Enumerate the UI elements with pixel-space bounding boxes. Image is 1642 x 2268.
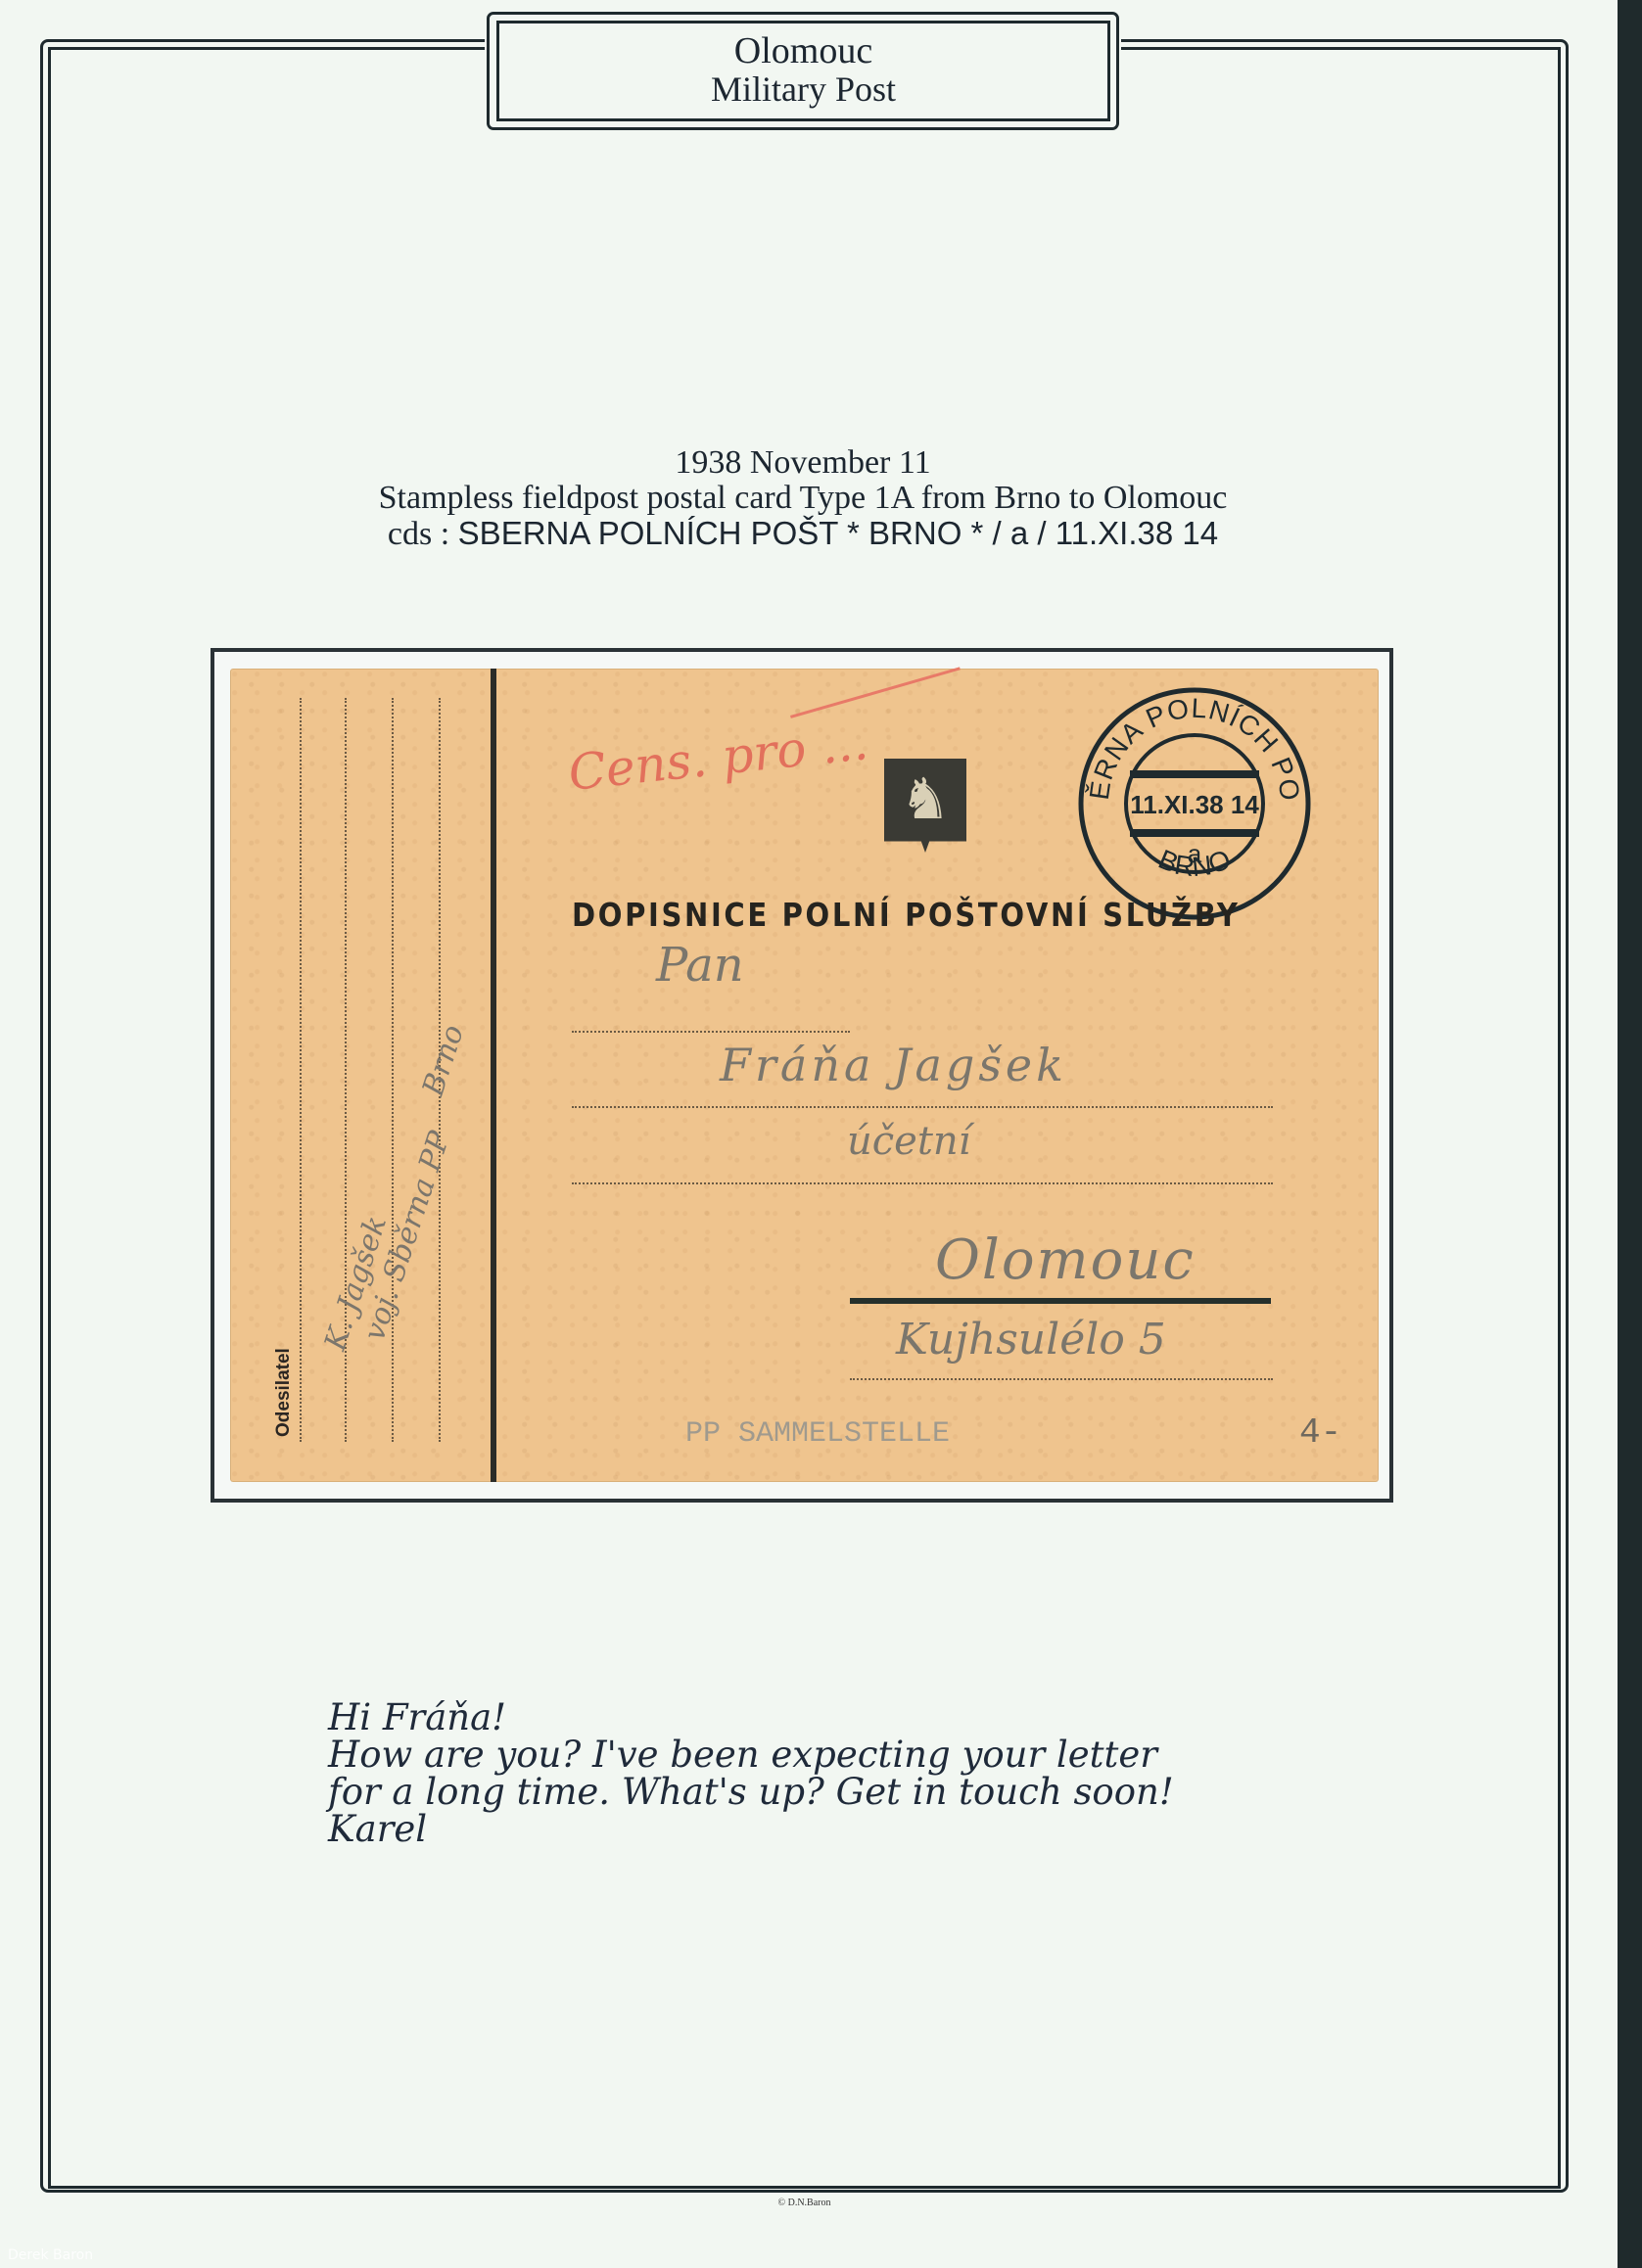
cds-prefix: cds : (388, 516, 458, 552)
caption-description: Stampless fieldpost postal card Type 1A … (0, 481, 1606, 516)
address-dotted-line (572, 1106, 1273, 1108)
exhibit-caption: 1938 November 11 Stampless fieldpost pos… (0, 445, 1606, 552)
postmark: SBĚRNA POLNÍCH POŠT BRNO 11.XI.38 14 a (1077, 686, 1312, 921)
page-title: Olomouc (499, 31, 1107, 70)
address-street: Kujhsulélo 5 (896, 1315, 1166, 1365)
page-subtitle: Military Post (499, 70, 1107, 108)
city-underline (850, 1298, 1271, 1304)
postmark-date: 11.XI.38 14 (1130, 790, 1259, 819)
caption-date: 1938 November 11 (0, 445, 1606, 481)
address-name: Fráňa Jagšek (720, 1039, 1067, 1091)
card-printed-title: DOPISNICE POLNÍ POŠTOVNÍ SLUŽBY (572, 896, 1241, 934)
lion-coat-of-arms-icon: ♞ (884, 759, 966, 853)
letter-line: Karel (328, 1811, 1174, 1848)
address-dotted-line (572, 1182, 1273, 1184)
caption-cds: cds : SBERNA POLNÍCH POŠT * BRNO * / a /… (0, 516, 1606, 552)
censor-stroke (790, 667, 961, 717)
address-title: účetní (847, 1119, 970, 1164)
censor-note: Cens. pro ... (566, 714, 870, 802)
letter-translation: Hi Fráňa! How are you? I've been expecti… (328, 1699, 1174, 1848)
postmark-letter: a (1188, 839, 1202, 868)
postmark-top-text: SBĚRNA POLNÍCH POŠT (1077, 686, 1305, 804)
letter-line: for a long time. What's up? Get in touch… (328, 1774, 1174, 1811)
cds-text: SBERNA POLNÍCH POŠT * BRNO * / a / 11.XI… (458, 515, 1218, 551)
letter-line: How are you? I've been expecting your le… (328, 1736, 1174, 1774)
sender-dotted-line (300, 698, 302, 1442)
card-divider (491, 669, 496, 1482)
sender-label: Odesilatel (273, 1348, 295, 1437)
title-box: Olomouc Military Post (496, 21, 1110, 121)
copyright-notice: © D.N.Baron (0, 2198, 1609, 2208)
address-salutation: Pan (656, 938, 744, 993)
scan-edge-strip (1618, 0, 1642, 2268)
pencil-note-price: 4- (1299, 1412, 1341, 1453)
svg-text:SBĚRNA POLNÍCH POŠT: SBĚRNA POLNÍCH POŠT (1077, 686, 1305, 804)
watermark: Derek Baron (8, 2247, 93, 2263)
letter-line: Hi Fráňa! (328, 1699, 1174, 1736)
address-dotted-line (572, 1031, 850, 1033)
address-dotted-line (850, 1378, 1273, 1380)
postal-card: Odesilatel K. Jagšek voj. Sběrna PP Brno… (230, 669, 1379, 1482)
sender-city: Brno (416, 1021, 471, 1100)
pencil-note-sammelstelle: PP SAMMELSTELLE (685, 1417, 950, 1451)
address-city: Olomouc (935, 1228, 1196, 1292)
